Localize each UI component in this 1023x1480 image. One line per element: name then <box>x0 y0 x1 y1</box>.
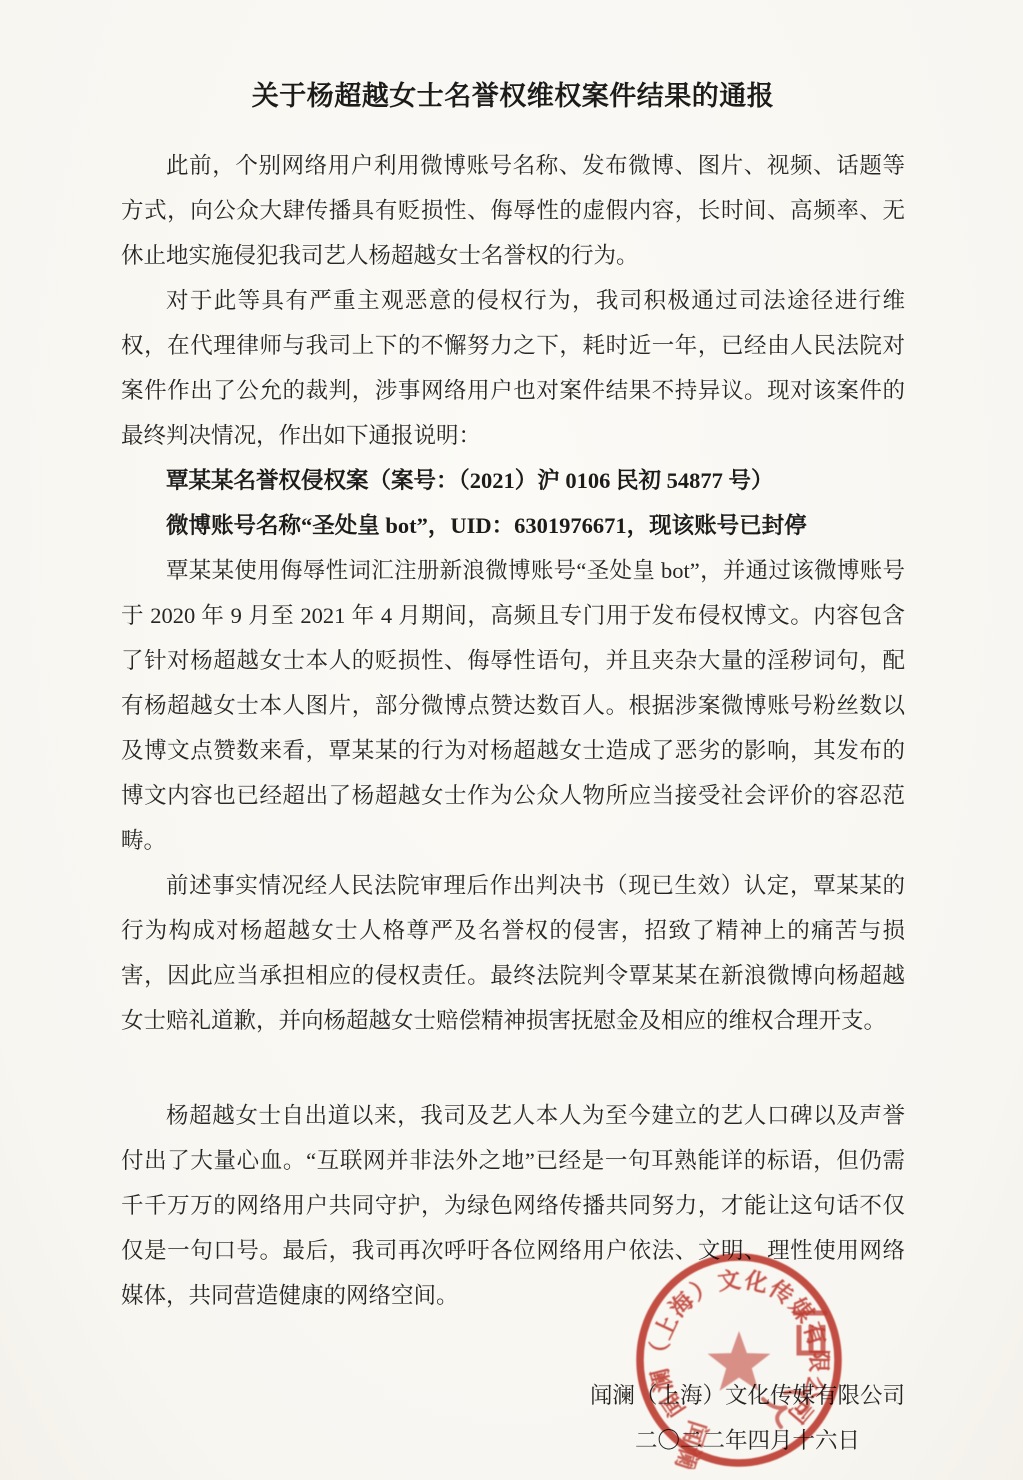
paragraph-intro: 此前，个别网络用户利用微博账号名称、发布微博、图片、视频、话题等方式，向公众大肆… <box>121 143 905 278</box>
paragraph-lawsuit-process: 对于此等具有严重主观恶意的侵权行为，我司积极通过司法途径进行维权，在代理律师与我… <box>121 278 905 458</box>
case-number-line: 覃某某名誉权侵权案（案号：（2021）沪 0106 民初 54877 号） <box>121 458 905 503</box>
weibo-account-line: 微博账号名称“圣处皇 bot”，UID：6301976671，现该账号已封停 <box>121 503 905 548</box>
scanned-notice-page: 关于杨超越女士名誉权维权案件结果的通报 此前，个别网络用户利用微博账号名称、发布… <box>0 0 1023 1480</box>
paragraph-infringement-details: 覃某某使用侮辱性词汇注册新浪微博账号“圣处皇 bot”，并通过该微博账号于 20… <box>121 548 905 863</box>
document-title: 关于杨超越女士名誉权维权案件结果的通报 <box>121 74 905 119</box>
company-seal-stamp: 闻澜（上海）文化传媒有限公司 闻澜 <box>633 1251 845 1469</box>
seal-star-icon <box>708 1331 771 1391</box>
paragraph-court-ruling: 前述事实情况经人民法院审理后作出判决书（现已生效）认定，覃某某的行为构成对杨超越… <box>121 863 905 1043</box>
